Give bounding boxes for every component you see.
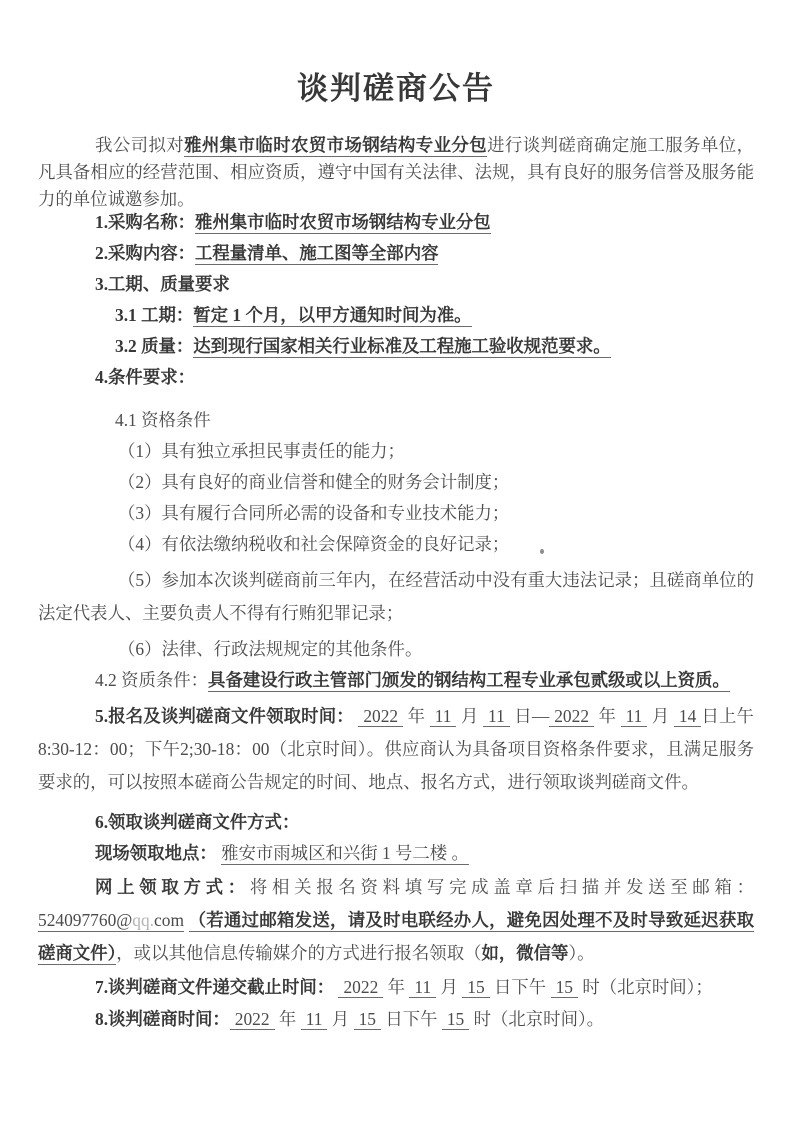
item-5-day1: 11	[483, 706, 510, 727]
item-8-sep1: 年	[279, 1009, 296, 1029]
item-5-sep2: 月	[461, 706, 479, 726]
item-5-pickup-time: 5.报名及谈判磋商文件领取时间： 2022 年 11 月 11 日—2022 年…	[38, 700, 754, 799]
item-3-2-value: 达到现行国家相关行业标准及工程施工验收规范要求。	[193, 336, 610, 358]
item-5-year1: 2022	[358, 706, 403, 727]
item-1-value: 雅州集市临时农贸市场钢结构专业分包	[195, 212, 491, 234]
item-3-heading: 3.工期、质量要求	[38, 275, 754, 294]
intro-paragraph: 我公司拟对雅州集市临时农贸市场钢结构专业分包进行谈判磋商确定施工服务单位，凡具备…	[38, 132, 754, 213]
item-7-submission-deadline: 7.谈判磋商文件递交截止时间： 2022 年 11 月 15 日下午 15 时（…	[38, 978, 754, 997]
online-label: 网上领取方式：	[95, 877, 250, 897]
item-8-sep3: 日下午	[385, 1009, 437, 1029]
item-8-label: 8.谈判磋商时间：	[95, 1009, 230, 1029]
item-1-procurement-name: 1.采购名称：雅州集市临时农贸市场钢结构专业分包	[38, 213, 754, 232]
item-2-procurement-content: 2.采购内容：工程量清单、施工图等全部内容	[38, 244, 754, 263]
item-8-negotiation-time: 8.谈判磋商时间：2022 年 11 月 15 日下午 15 时（北京时间）。	[38, 1010, 754, 1029]
item-5-year2: 2022	[549, 706, 594, 727]
clause-2: （2）具有良好的商业信誉和健全的财务会计制度；	[38, 473, 754, 492]
onsite-label: 现场领取地点：	[95, 843, 217, 863]
page-title: 谈判磋商公告	[38, 70, 754, 108]
item-6-label: 6.领取谈判磋商文件方式：	[95, 812, 299, 832]
item-8-sep4: 时（北京时间）。	[474, 1009, 604, 1029]
clause-3: （3）具有履行合同所必需的设备和专业技术能力；	[38, 504, 754, 523]
item-4-2-value: 具备建设行政主管部门颁发的钢结构工程专业承包贰级或以上资质。	[208, 670, 730, 692]
item-1-label: 1.采购名称：	[95, 212, 195, 232]
item-5-day2: 14	[674, 706, 701, 727]
email-address: 524097760@qq.com	[38, 910, 184, 932]
item-8-month: 11	[301, 1009, 328, 1030]
item-7-hour: 15	[551, 977, 578, 998]
scan-artifact-dot	[540, 549, 544, 554]
email-tld-part: com	[154, 910, 184, 930]
document-page: 谈判磋商公告 我公司拟对雅州集市临时农贸市场钢结构专业分包进行谈判磋商确定施工服…	[0, 0, 800, 1131]
item-3-2-quality: 3.2 质量：达到现行国家相关行业标准及工程施工验收规范要求。	[38, 337, 754, 356]
item-7-year: 2022	[338, 977, 383, 998]
clause-4: （4）有依法缴纳税收和社会保障资金的良好记录；	[38, 535, 754, 554]
item-3-label: 3.工期、质量要求	[95, 274, 230, 294]
intro-pre-text: 我公司拟对	[95, 135, 184, 155]
item-4-heading: 4.条件要求：	[38, 368, 754, 387]
item-4-label: 4.条件要求：	[95, 367, 195, 387]
item-6-heading: 6.领取谈判磋商文件方式：	[38, 813, 754, 832]
document-content: 谈判磋商公告 我公司拟对雅州集市临时农贸市场钢结构专业分包进行谈判磋商确定施工服…	[0, 0, 800, 1029]
item-5-month2: 11	[621, 706, 648, 727]
item-4-2-qualification: 4.2 资质条件：具备建设行政主管部门颁发的钢结构工程专业承包贰级或以上资质。	[38, 671, 754, 690]
item-7-day: 15	[462, 977, 489, 998]
item-5-label: 5.报名及谈判磋商文件领取时间：	[95, 706, 354, 726]
onsite-address: 雅安市雨城区和兴街 1 号二楼 。	[221, 843, 469, 865]
item-7-sep2: 月	[441, 977, 458, 997]
item-3-1-duration: 3.1 工期：暂定 1 个月，以甲方通知时间为准。	[38, 306, 754, 325]
item-3-1-label: 3.1 工期：	[115, 305, 193, 325]
item-7-sep1: 年	[388, 977, 405, 997]
item-8-sep2: 月	[332, 1009, 349, 1029]
email-domain-faint-part: qq.	[132, 910, 154, 930]
wechat-mention: 如，微信等	[481, 943, 568, 963]
email-user-part: 524097760@	[38, 910, 132, 930]
item-5-sep1: 年	[408, 706, 426, 726]
item-7-sep3: 日下午	[494, 977, 546, 997]
item-8-year: 2022	[230, 1009, 275, 1030]
item-7-month: 11	[409, 977, 436, 998]
item-2-label: 2.采购内容：	[95, 243, 195, 263]
online-text2: ，或以其他信息传输媒介的方式进行报名领取（	[116, 943, 481, 963]
item-6-onsite-pickup: 现场领取地点： 雅安市雨城区和兴街 1 号二楼 。	[38, 844, 754, 863]
item-7-sep4: 时（北京时间）；	[582, 977, 712, 997]
intro-project-name: 雅州集市临时农贸市场钢结构专业分包	[184, 135, 487, 157]
item-3-2-label: 3.2 质量：	[115, 336, 193, 356]
item-8-day: 15	[354, 1009, 381, 1030]
item-4-1-heading: 4.1 资格条件	[38, 411, 754, 430]
item-2-value: 工程量清单、施工图等全部内容	[195, 243, 438, 265]
item-3-1-value: 暂定 1 个月，以甲方通知时间为准。	[193, 305, 471, 327]
item-5-sep3: 日—	[514, 706, 549, 726]
clause-6: （6）法律、行政法规规定的其他条件。	[38, 640, 754, 659]
item-7-label: 7.谈判磋商文件递交截止时间：	[95, 977, 334, 997]
online-instruction: 将相关报名资料填写完成盖章后扫描并发送至邮箱：	[250, 877, 754, 897]
item-5-sep4: 年	[599, 706, 617, 726]
item-8-hour: 15	[442, 1009, 469, 1030]
clause-5: （5）参加本次谈判磋商前三年内，在经营活动中没有重大违法记录；且磋商单位的法定代…	[38, 564, 754, 630]
item-4-2-label: 4.2 资质条件：	[95, 670, 208, 690]
online-text3: ）。	[568, 943, 594, 963]
clause-1: （1）具有独立承担民事责任的能力；	[38, 442, 754, 461]
item-6-online-pickup: 网上领取方式：将相关报名资料填写完成盖章后扫描并发送至邮箱： 524097760…	[38, 871, 754, 970]
item-5-sep5: 月	[652, 706, 670, 726]
item-5-month1: 11	[430, 706, 457, 727]
